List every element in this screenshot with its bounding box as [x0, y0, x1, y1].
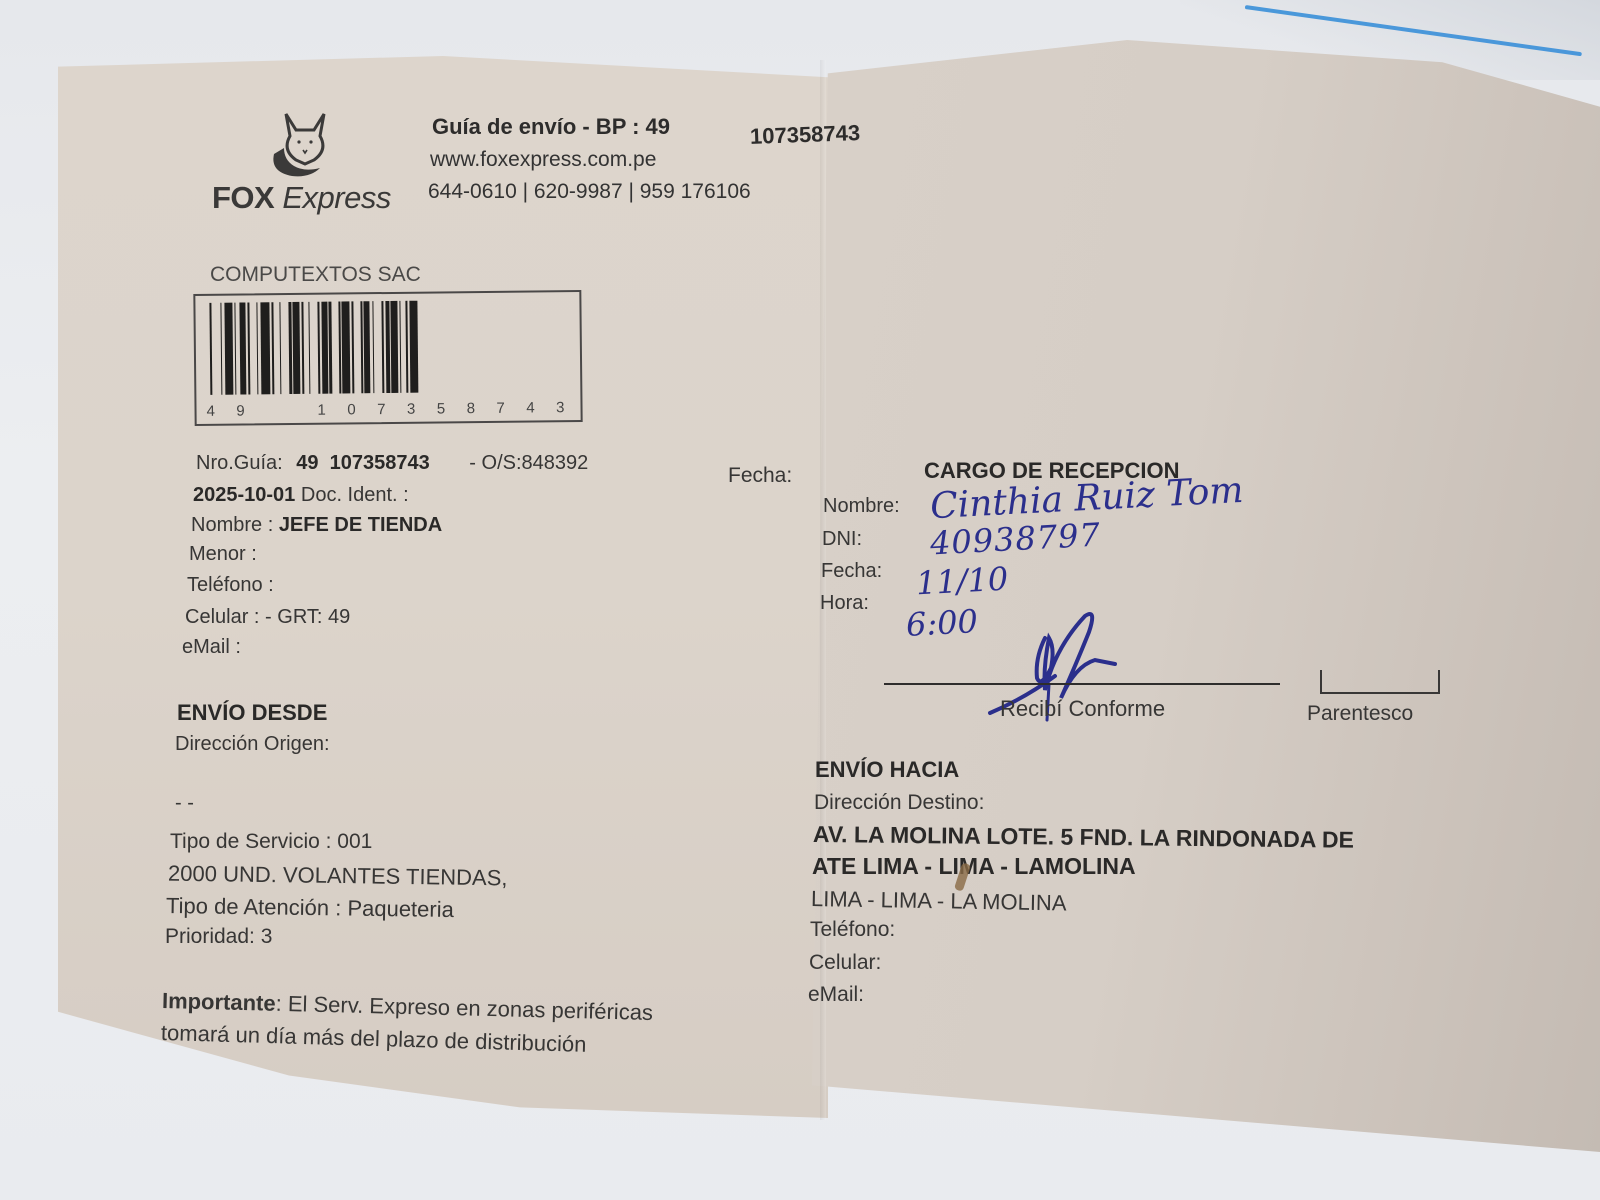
barcode-digit: 4 — [526, 399, 537, 416]
barcode-digit: 7 — [496, 400, 507, 417]
guide-title: Guía de envío - BP : 49 — [432, 114, 670, 140]
guide-number-header: 107358743 — [750, 120, 861, 150]
fox-head-icon — [270, 108, 340, 180]
destination-address-line2: ATE LIMA - LIMA - LAMOLINA — [812, 853, 1136, 880]
tipo-servicio: Tipo de Servicio : 001 — [170, 830, 372, 854]
fecha-label: Fecha: — [728, 464, 792, 488]
cargo-fecha-label: Fecha: — [821, 560, 882, 583]
barcode-bars — [209, 299, 565, 395]
barcode-digit: 3 — [407, 401, 418, 418]
direccion-destino-label: Dirección Destino: — [814, 791, 984, 815]
celular-row: Celular : - GRT: 49 — [185, 606, 350, 629]
celular-label: Celular : — [185, 606, 259, 628]
barcode-digits: 49 107358743 — [206, 399, 566, 420]
barcode-digit — [292, 402, 298, 419]
direccion-origen-label: Dirección Origen: — [175, 733, 330, 756]
celular-value: - GRT: 49 — [265, 606, 350, 628]
cargo-hora-handwritten: 6:00 — [905, 602, 979, 644]
barcode-digit: 3 — [556, 399, 567, 416]
telefono-label: Teléfono : — [187, 574, 274, 597]
parentesco-field — [1320, 670, 1440, 694]
destination-district: LIMA - LIMA - LA MOLINA — [811, 886, 1067, 916]
envio-desde-title: ENVÍO DESDE — [177, 700, 327, 726]
document-left-page — [58, 56, 828, 1118]
importante-label: Importante — [162, 988, 276, 1016]
envio-hacia-title: ENVÍO HACIA — [815, 757, 959, 783]
fecha-doc-row: 2025-10-01 Doc. Ident. : — [193, 484, 409, 507]
cargo-hora-label: Hora: — [820, 592, 869, 615]
barcode-digit — [266, 402, 272, 419]
doc-ident-label: Doc. Ident. : — [301, 484, 409, 506]
signature-line — [884, 683, 1280, 685]
barcode-digit: 5 — [437, 400, 448, 417]
barcode-digit: 1 — [317, 402, 328, 419]
nro-guia-label: Nro.Guía: — [196, 452, 283, 474]
barcode-digit: 8 — [467, 400, 478, 417]
nro-guia-row: Nro.Guía: 49 107358743 - O/S:848392 — [196, 452, 588, 475]
direccion-origen-value: - - — [175, 792, 194, 815]
sender-company: COMPUTEXTOS SAC — [210, 263, 421, 287]
parentesco-label: Parentesco — [1307, 702, 1413, 726]
brand-logo-text: FOX Express — [212, 180, 391, 216]
barcode-digit: 7 — [377, 401, 388, 418]
destino-celular-label: Celular: — [809, 951, 881, 975]
menor-label: Menor : — [189, 543, 257, 566]
nombre-value: JEFE DE TIENDA — [279, 514, 442, 536]
order-service: - O/S:848392 — [469, 452, 588, 474]
cargo-fecha-handwritten: 11/10 — [915, 560, 1009, 603]
nombre-label: Nombre : — [191, 514, 273, 536]
nombre-row: Nombre : JEFE DE TIENDA — [191, 514, 442, 537]
barcode-digit: 4 — [206, 403, 217, 420]
company-website: www.foxexpress.com.pe — [430, 148, 656, 172]
cargo-nombre-label: Nombre: — [823, 495, 900, 518]
company-phones: 644-0610 | 620-9987 | 959 176106 — [428, 180, 751, 204]
destino-telefono-label: Teléfono: — [810, 918, 895, 942]
destino-email-label: eMail: — [808, 983, 864, 1007]
fecha-value: 2025-10-01 — [193, 484, 295, 506]
nro-guia-value: 49 107358743 — [296, 452, 429, 474]
recibi-conforme-label: Recibí Conforme — [1000, 696, 1165, 722]
barcode-digit: 0 — [347, 401, 358, 418]
email-label: eMail : — [182, 636, 241, 659]
shipment-description: 2000 UND. VOLANTES TIENDAS, — [168, 861, 508, 892]
tipo-atencion: Tipo de Atención : Paqueteria — [166, 893, 454, 923]
destination-address-line1: AV. LA MOLINA LOTE. 5 FND. LA RINDONADA … — [813, 821, 1354, 854]
barcode: 49 107358743 — [193, 290, 582, 426]
barcode-digit: 9 — [236, 402, 247, 419]
prioridad: Prioridad: 3 — [165, 925, 272, 949]
cargo-dni-label: DNI: — [822, 528, 862, 551]
